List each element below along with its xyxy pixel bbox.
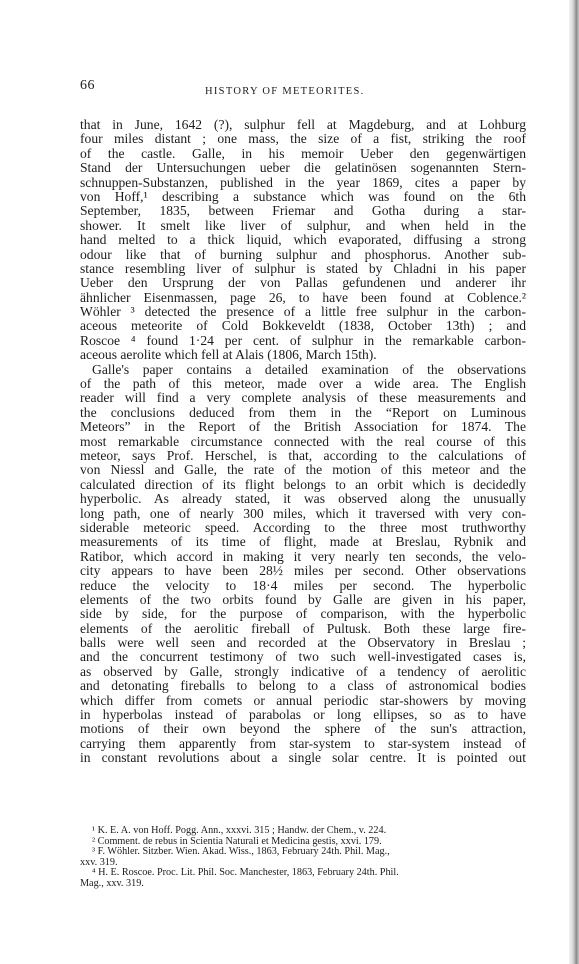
text-line: aceous meteorite of Cold Bokkeveldt (183… bbox=[80, 319, 526, 333]
text-line: balls were well seen and recorded at the… bbox=[80, 636, 526, 650]
text-line: calculated direction of its flight belon… bbox=[80, 478, 526, 492]
text-line: hand melted to a thick liquid, which eva… bbox=[80, 233, 526, 247]
text-line: stance resembling liver of sulphur is st… bbox=[80, 262, 526, 276]
text-line: Stand der Untersuchungen ueber die gelat… bbox=[80, 161, 526, 175]
running-head: HISTORY OF METEORITES. bbox=[205, 86, 365, 97]
text-line: that in June, 1642 (?), sulphur fell at … bbox=[80, 118, 526, 132]
text-line: siderable meteoric speed. According to t… bbox=[80, 521, 526, 535]
footnotes: ¹ K. E. A. von Hoff. Pogg. Ann., xxxvi. … bbox=[80, 826, 535, 890]
text-line: carrying them apparently from star-syste… bbox=[80, 737, 526, 751]
text-line: Ueber den Ursprung der von Pallas gefund… bbox=[80, 276, 526, 290]
text-line: ähnlicher Eisenmassen, page 26, to have … bbox=[80, 291, 526, 305]
text-line: Ratibor, which accord in making it very … bbox=[80, 550, 526, 564]
text-line: shower. It smelt like liver of sulphur, … bbox=[80, 219, 526, 233]
text-line: in hyperbolas instead of parabolas or lo… bbox=[80, 708, 526, 722]
text-line: four miles distant ; one mass, the size … bbox=[80, 132, 526, 146]
footnote-1: ¹ K. E. A. von Hoff. Pogg. Ann., xxxvi. … bbox=[80, 826, 535, 837]
text-line: and detonating fireballs to belong to a … bbox=[80, 679, 526, 693]
text-line: long path, one of nearly 300 miles, whic… bbox=[80, 507, 526, 521]
text-line: meteor, says Prof. Herschel, is that, ac… bbox=[80, 449, 526, 463]
text-line: Galle's paper contains a detailed examin… bbox=[80, 363, 526, 377]
footnote-4: ⁴ H. E. Roscoe. Proc. Lit. Phil. Soc. Ma… bbox=[80, 868, 535, 879]
text-line: elements of the two orbits found by Gall… bbox=[80, 593, 526, 607]
text-line: and the concurrent testimony of two such… bbox=[80, 650, 526, 664]
text-line: which differ from comets or annual perio… bbox=[80, 694, 526, 708]
text-line: in constant revolutions about a single s… bbox=[80, 751, 526, 765]
text-line: the conclusions deduced from them in the… bbox=[80, 406, 526, 420]
text-line: reduce the velocity to 18·4 miles per se… bbox=[80, 579, 526, 593]
text-line: measurements of its time of flight, made… bbox=[80, 535, 526, 549]
text-line: most remarkable circumstance connected w… bbox=[80, 435, 526, 449]
text-line: aceous aerolite which fell at Alais (180… bbox=[80, 348, 526, 362]
text-line: Wöhler ³ detected the presence of a litt… bbox=[80, 305, 526, 319]
footnote-3: ³ F. Wöhler. Sitzber. Wien. Akad. Wiss.,… bbox=[80, 847, 535, 858]
text-line: schnuppen-Substanzen, published in the y… bbox=[80, 176, 526, 190]
text-line: elements of the aerolitic fireball of Pu… bbox=[80, 622, 526, 636]
text-line: von Niessl and Galle, the rate of the mo… bbox=[80, 463, 526, 477]
body-text: that in June, 1642 (?), sulphur fell at … bbox=[80, 118, 526, 766]
text-line: Meteors” in the Report of the British As… bbox=[80, 420, 526, 434]
text-line: Roscoe ⁴ found 1·24 per cent. of sulphur… bbox=[80, 334, 526, 348]
text-line: of the path of this meteor, made over a … bbox=[80, 377, 526, 391]
text-line: hyperbolic. As already stated, it was ob… bbox=[80, 492, 526, 506]
text-line: of the castle. Galle, in his memoir Uebe… bbox=[80, 147, 526, 161]
book-gutter-shadow bbox=[569, 0, 579, 964]
text-line: von Hoff,¹ describing a substance which … bbox=[80, 190, 526, 204]
text-line: city appears to have been 28½ miles per … bbox=[80, 564, 526, 578]
text-line: side by side, for the purpose of compari… bbox=[80, 607, 526, 621]
page-number: 66 bbox=[80, 78, 95, 94]
text-line: odour like that of burning sulphur and p… bbox=[80, 248, 526, 262]
text-line: as observed by Galle, strongly indicativ… bbox=[80, 665, 526, 679]
text-line: September, 1835, between Friemar and Got… bbox=[80, 204, 526, 218]
footnote-4-cont: Mag., xxv. 319. bbox=[80, 879, 535, 890]
text-line: motions of their own beyond the sphere o… bbox=[80, 722, 526, 736]
text-line: reader will find a very complete analysi… bbox=[80, 391, 526, 405]
